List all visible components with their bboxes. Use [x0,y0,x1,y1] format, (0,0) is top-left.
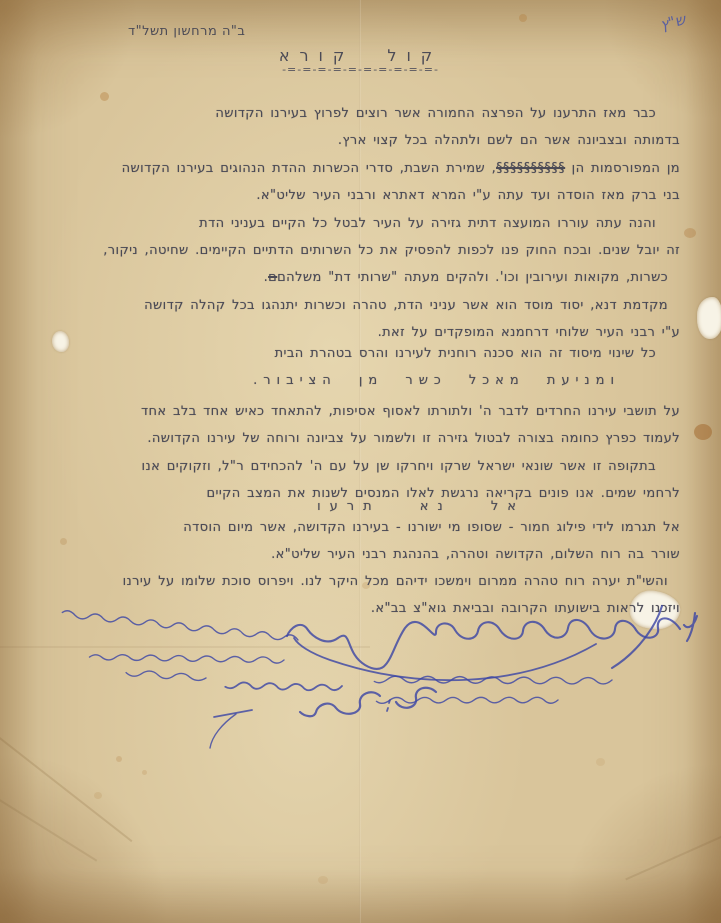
paragraph-line: כבר מאז התרענו על הפרצה החמורה אשר רוצים… [42,100,680,127]
paragraph-line: כל שינוי מיסוד זה הוא סכנה רוחנית לעירנו… [42,340,680,367]
paragraph-line: כשרות, מקואות ועירובין וכו'. ולהקים מעתה… [42,264,680,291]
corner-crease [625,826,721,880]
paragraph-line: לעמוד כפרץ כחומה בצורה לבטול גזירה זו ול… [42,425,680,452]
corner-crease [0,736,132,842]
paragraph: והנה עתה עוררו המועצה דתית גזירה על העיר… [42,210,680,291]
paragraph-line-emphasized: ומניעת מאכל כשר מן הציבור. [42,367,680,394]
corner-crease [0,796,97,861]
paragraph: על תושבי עירנו החרדים לדבר ה' ולתורתו לא… [42,398,680,452]
paragraph-line: מן המפורסמות הן §§§§§§§§§§, שמירת השבת, … [42,155,680,182]
rust-stain [116,756,122,762]
line-fragment: , שמירת השבת, סדרי הכשרות ההדת הנהוגים ב… [122,161,496,176]
paragraph-line: אל תגרמו לידי פילוג חמור - שסופו מי ישור… [42,514,680,541]
paragraph-line: בתקופה זו אשר שונאי ישראל שרקו ויחרקו שן… [42,453,680,480]
line-fragment: כשרות, מקואות ועירובין וכו'. ולהקים מעתה… [277,270,668,285]
horizontal-crease [0,646,370,648]
signature-bottom [210,674,342,748]
paragraph-line: בני ברק מאז הוסדה ועד עתה ע"י המרא דאתרא… [42,182,680,209]
paragraph-line: על תושבי עירנו החרדים לדבר ה' ולתורתו לא… [42,398,680,425]
rust-stain [142,770,147,775]
typed-body: כבר מאז התרענו על הפרצה החמורה אשר רוצים… [42,100,680,623]
title-underline: -=-=-=-=-=-=-=-=-=-=- [0,63,721,76]
rust-stain [694,424,712,440]
rust-stain [684,228,696,238]
paragraph: אל תגרמו לידי פילוג חמור - שסופו מי ישור… [42,514,680,568]
scanned-document-page: ש"ץ ב"ה מרחשון תשל"ד קול קורא -=-=-=-=-=… [0,0,721,923]
date-line: ב"ה מרחשון תשל"ד [128,24,245,39]
paper-tear [697,297,721,339]
handwritten-corner-note: ש"ץ [658,10,687,34]
paragraph-line: זה יובל שנים. ובכח החוק פנו לכפות להפסיק… [42,237,680,264]
rust-stain [94,792,102,799]
rust-stain [596,758,605,766]
line-fragment: מן המפורסמות הן [565,161,680,176]
paragraph-line: מקדמת דנא, יסוד מוסד הוא אשר עניני הדת, … [42,292,680,319]
signature-right-block [374,663,612,716]
document-title-block: קול קורא -=-=-=-=-=-=-=-=-=-=- [0,46,721,76]
paragraph: כבר מאז התרענו על הפרצה החמורה אשר רוצים… [42,100,680,154]
paragraph: מקדמת דנא, יסוד מוסד הוא אשר עניני הדת, … [42,292,680,346]
paragraph-line: והנה עתה עוררו המועצה דתית גזירה על העיר… [42,210,680,237]
rust-stain [519,14,527,22]
paragraph-line: ויזכנו לראות בישועתו הקרובה ובביאת גוא"צ… [42,595,680,622]
paragraph-line: והשי"ת יערה רוח טהרה ממרום וימשכו ידיהם … [42,568,680,595]
paragraph: מן המפורסמות הן §§§§§§§§§§, שמירת השבת, … [42,155,680,209]
struck-out-typing: §§§§§§§§§§ [496,161,565,176]
signature-middle [300,688,436,716]
paragraph: כל שינוי מיסוד זה הוא סכנה רוחנית לעירנו… [42,340,680,394]
paragraph-line: בדמותה ובצביונה אשר הם לשם ולתהלה בכל קצ… [42,127,680,154]
paragraph-line: שורר בה רוח השלום, הקדושה וטהרה, בהנהגת … [42,541,680,568]
struck-out-typing: ם [268,270,277,285]
rust-stain [318,876,328,884]
paragraph: והשי"ת יערה רוח טהרה ממרום וימשכו ידיהם … [42,568,680,622]
